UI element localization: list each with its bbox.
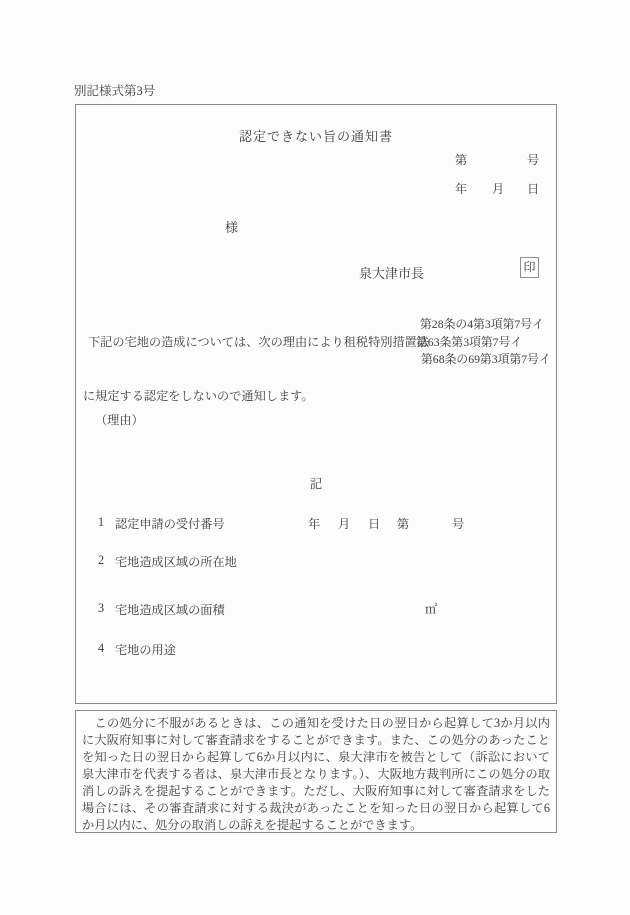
notification-main-box: 認定できない旨の通知書 第 号 年 月 日 様 泉大津市長 印 第28条の4第3… bbox=[75, 104, 557, 704]
law-reference-2: 第63条第3項第7号イ bbox=[416, 333, 522, 350]
seal-mark: 印 bbox=[520, 257, 539, 278]
date-year-label: 年 bbox=[455, 180, 467, 197]
item-2-label: 宅地造成区域の所在地 bbox=[115, 553, 237, 570]
item-4-label: 宅地の用途 bbox=[115, 641, 176, 658]
item-1-label: 認定申請の受付番号 bbox=[115, 515, 225, 532]
list-header: 記 bbox=[76, 474, 556, 492]
item-1-day-label: 日 bbox=[368, 515, 380, 532]
appeal-notice-box: この処分に不服があるときは、この通知を受けた日の翌日から起算して3か月以内に大阪… bbox=[75, 710, 557, 833]
appeal-notice-text: この処分に不服があるときは、この通知を受けた日の翌日から起算して3か月以内に大阪… bbox=[82, 715, 550, 834]
reason-label: （理由） bbox=[95, 411, 144, 428]
doc-number-prefix: 第 bbox=[455, 151, 467, 168]
issuer-name: 泉大津市長 bbox=[359, 263, 424, 282]
form-style-label: 別記様式第3号 bbox=[74, 81, 155, 99]
doc-number-suffix: 号 bbox=[527, 151, 539, 168]
item-1-number: 1 bbox=[98, 515, 104, 530]
law-reference-3: 第68条の69第3項第7号イ bbox=[421, 350, 551, 367]
item-3-label: 宅地造成区域の面積 bbox=[115, 601, 225, 618]
item-1-number-suffix: 号 bbox=[452, 515, 464, 532]
addressee-honorific: 様 bbox=[225, 217, 238, 236]
body-outro: に規定する認定をしないので通知します。 bbox=[83, 387, 314, 404]
date-month-label: 月 bbox=[492, 180, 504, 197]
item-1-number-prefix: 第 bbox=[397, 515, 409, 532]
document-title: 認定できない旨の通知書 bbox=[76, 126, 556, 145]
date-day-label: 日 bbox=[527, 180, 539, 197]
item-4-number: 4 bbox=[98, 641, 104, 656]
body-intro: 下記の宅地の造成については、次の理由により租税特別措置法 bbox=[88, 333, 429, 350]
item-1-year-label: 年 bbox=[308, 515, 320, 532]
item-2-number: 2 bbox=[98, 553, 104, 568]
document-sheet: 別記様式第3号 認定できない旨の通知書 第 号 年 月 日 様 泉大津市長 印 … bbox=[0, 0, 630, 915]
item-3-number: 3 bbox=[98, 601, 104, 616]
item-1-month-label: 月 bbox=[338, 515, 350, 532]
law-reference-1: 第28条の4第3項第7号イ bbox=[420, 315, 544, 332]
item-3-area-unit: ㎡ bbox=[425, 600, 437, 617]
